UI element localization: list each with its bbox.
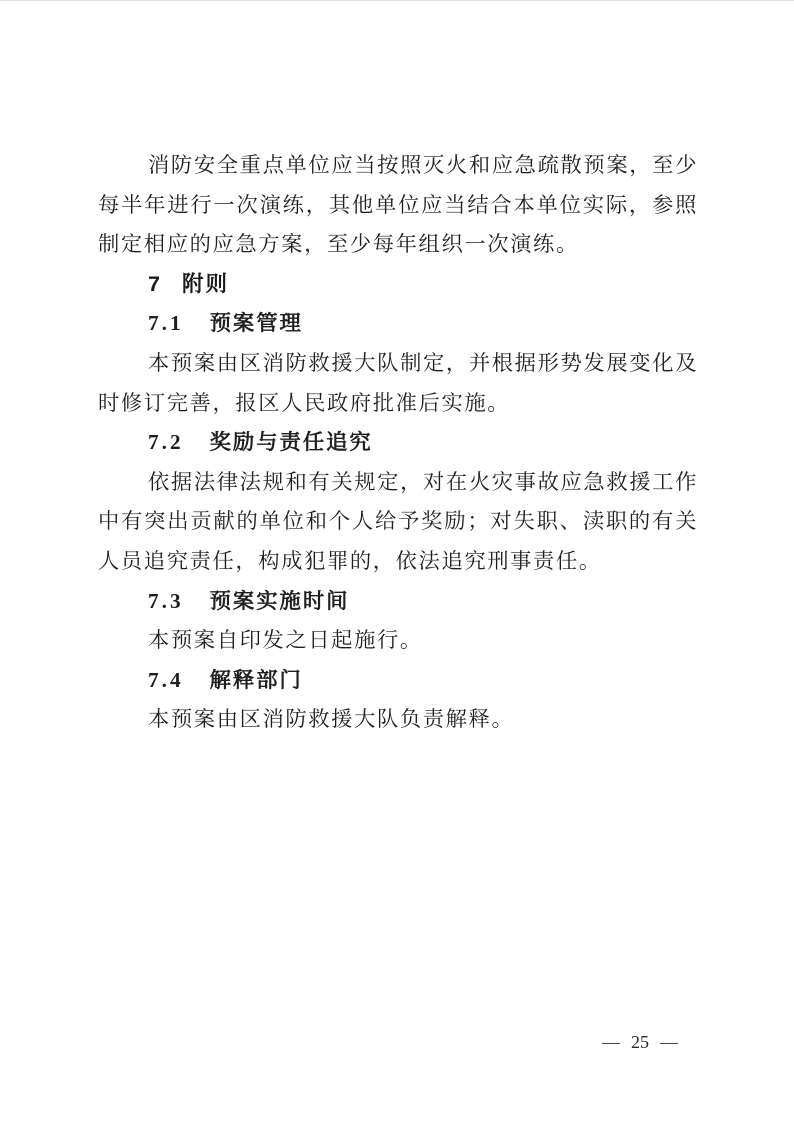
subsection-number: 7.3 bbox=[148, 582, 184, 622]
section-number: 7 bbox=[148, 265, 160, 305]
paragraph-plan-management: 本预案由区消防救援大队制定，并根据形势发展变化及时修订完善，报区人民政府批准后实… bbox=[98, 344, 698, 423]
subsection-heading-7-1: 7.1预案管理 bbox=[98, 304, 698, 344]
subsection-heading-7-4: 7.4解释部门 bbox=[98, 661, 698, 701]
subsection-title: 预案管理 bbox=[210, 311, 303, 335]
page-footer: —25— bbox=[602, 1030, 678, 1054]
subsection-title: 解释部门 bbox=[210, 668, 303, 692]
footer-dash-right: — bbox=[660, 1032, 678, 1052]
subsection-heading-7-2: 7.2奖励与责任追究 bbox=[98, 423, 698, 463]
section-heading-7: 7附则 bbox=[98, 265, 698, 305]
subsection-number: 7.2 bbox=[148, 423, 184, 463]
section-title: 附则 bbox=[182, 272, 229, 296]
document-content: 消防安全重点单位应当按照灭火和应急疏散预案，至少每半年进行一次演练，其他单位应当… bbox=[98, 146, 698, 740]
paragraph-reward-accountability: 依据法律法规和有关规定，对在火灾事故应急救援工作中有突出贡献的单位和个人给予奖励… bbox=[98, 463, 698, 582]
footer-dash-left: — bbox=[602, 1032, 620, 1052]
document-page: 消防安全重点单位应当按照灭火和应急疏散预案，至少每半年进行一次演练，其他单位应当… bbox=[0, 0, 794, 1123]
subsection-title: 预案实施时间 bbox=[210, 589, 350, 613]
subsection-number: 7.1 bbox=[148, 304, 184, 344]
paragraph-interpretation-department: 本预案由区消防救援大队负责解释。 bbox=[98, 700, 698, 740]
subsection-number: 7.4 bbox=[148, 661, 184, 701]
paragraph-drill-requirement: 消防安全重点单位应当按照灭火和应急疏散预案，至少每半年进行一次演练，其他单位应当… bbox=[98, 146, 698, 265]
subsection-title: 奖励与责任追究 bbox=[210, 430, 373, 454]
subsection-heading-7-3: 7.3预案实施时间 bbox=[98, 582, 698, 622]
paragraph-implementation-date: 本预案自印发之日起施行。 bbox=[98, 621, 698, 661]
page-number: 25 bbox=[631, 1032, 649, 1052]
